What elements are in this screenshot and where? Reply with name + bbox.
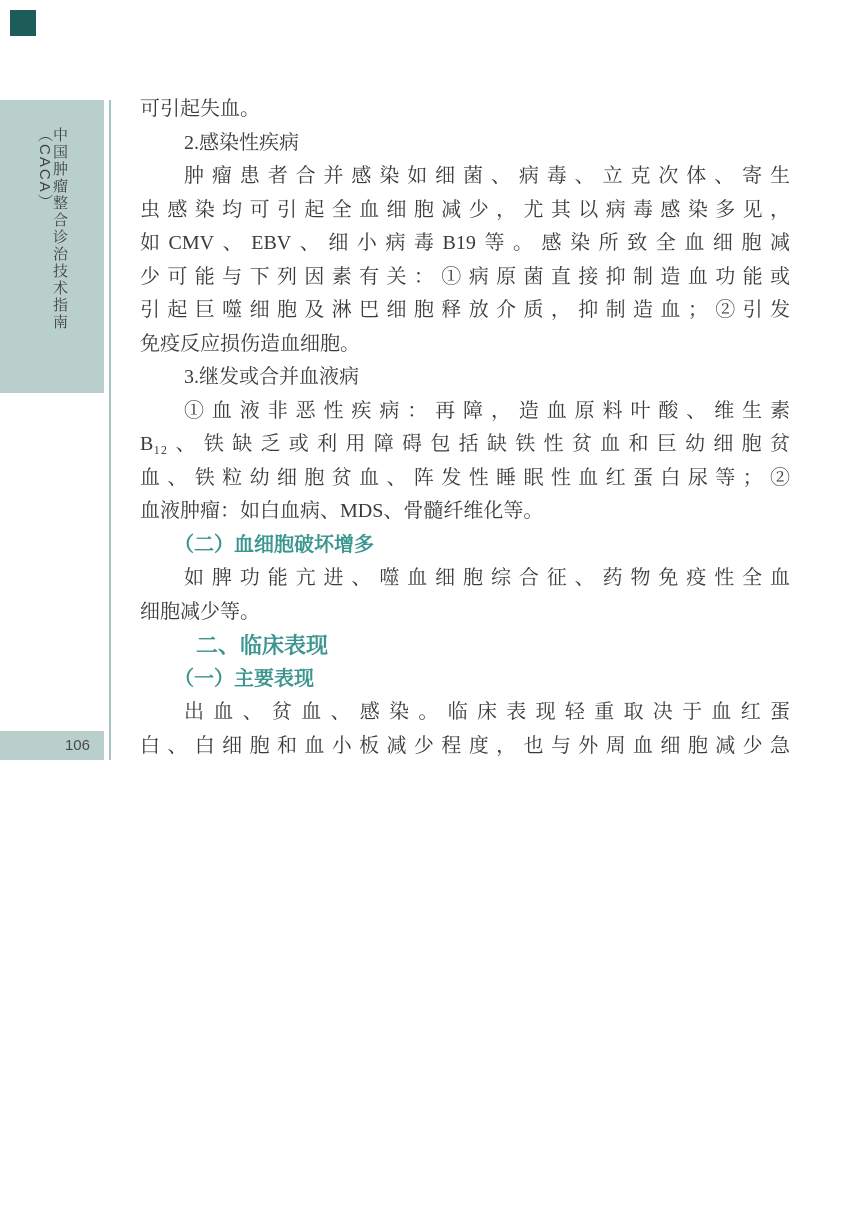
paragraph-line: 少可能与下列因素有关：①病原菌直接抑制造血功能或 (140, 261, 790, 295)
paragraph-line: ①血液非恶性疾病：再障，造血原料叶酸、维生素 (140, 395, 790, 429)
paragraph-line: B₁₂、铁缺乏或利用障碍包括缺铁性贫血和巨幼细胞贫 (140, 428, 790, 462)
page-number: 106 (65, 737, 90, 754)
paragraph-line: 如CMV、EBV、细小病毒B19等。感染所致全血细胞减 (140, 227, 790, 261)
paragraph-line: 血、铁粒幼细胞贫血、阵发性睡眠性血红蛋白尿等；② (140, 462, 790, 496)
paragraph-line: 出血、贫血、感染。临床表现轻重取决于血红蛋 (140, 696, 790, 730)
paragraph-line: 可引起失血。 (140, 93, 790, 127)
sidebar: 中国肿瘤整合诊治技术指南（CACA） (0, 100, 104, 393)
vertical-divider-rule (109, 100, 111, 760)
subsection-heading: （二）血细胞破坏增多 (140, 529, 790, 563)
page-number-badge: 106 (0, 731, 104, 760)
paragraph-line: 白、白细胞和血小板减少程度，也与外周血细胞减少急 (140, 730, 790, 764)
paragraph-line: 肿瘤患者合并感染如细菌、病毒、立克次体、寄生 (140, 160, 790, 194)
paragraph-line: 虫感染均可引起全血细胞减少，尤其以病毒感染多见， (140, 194, 790, 228)
subsection-heading: （一）主要表现 (140, 663, 790, 697)
paragraph-line: 免疫反应损伤造血细胞。 (140, 328, 790, 362)
paragraph-line: 引起巨噬细胞及淋巴细胞释放介质，抑制造血；②引发 (140, 294, 790, 328)
main-text-column: 可引起失血。 2.感染性疾病 肿瘤患者合并感染如细菌、病毒、立克次体、寄生 虫感… (140, 93, 790, 763)
paragraph-line: 细胞减少等。 (140, 596, 790, 630)
numbered-subheading: 3.继发或合并血液病 (140, 361, 790, 395)
corner-accent-square (10, 10, 36, 36)
section-heading: 二、临床表现 (140, 629, 790, 663)
book-page: { "colors": { "accent_teal": "#3a958f", … (0, 0, 867, 1218)
numbered-subheading: 2.感染性疾病 (140, 127, 790, 161)
book-title-vertical: 中国肿瘤整合诊治技术指南（CACA） (37, 127, 67, 393)
paragraph-line: 血液肿瘤：如白血病、MDS、骨髓纤维化等。 (140, 495, 790, 529)
paragraph-line: 如脾功能亢进、噬血细胞综合征、药物免疫性全血 (140, 562, 790, 596)
